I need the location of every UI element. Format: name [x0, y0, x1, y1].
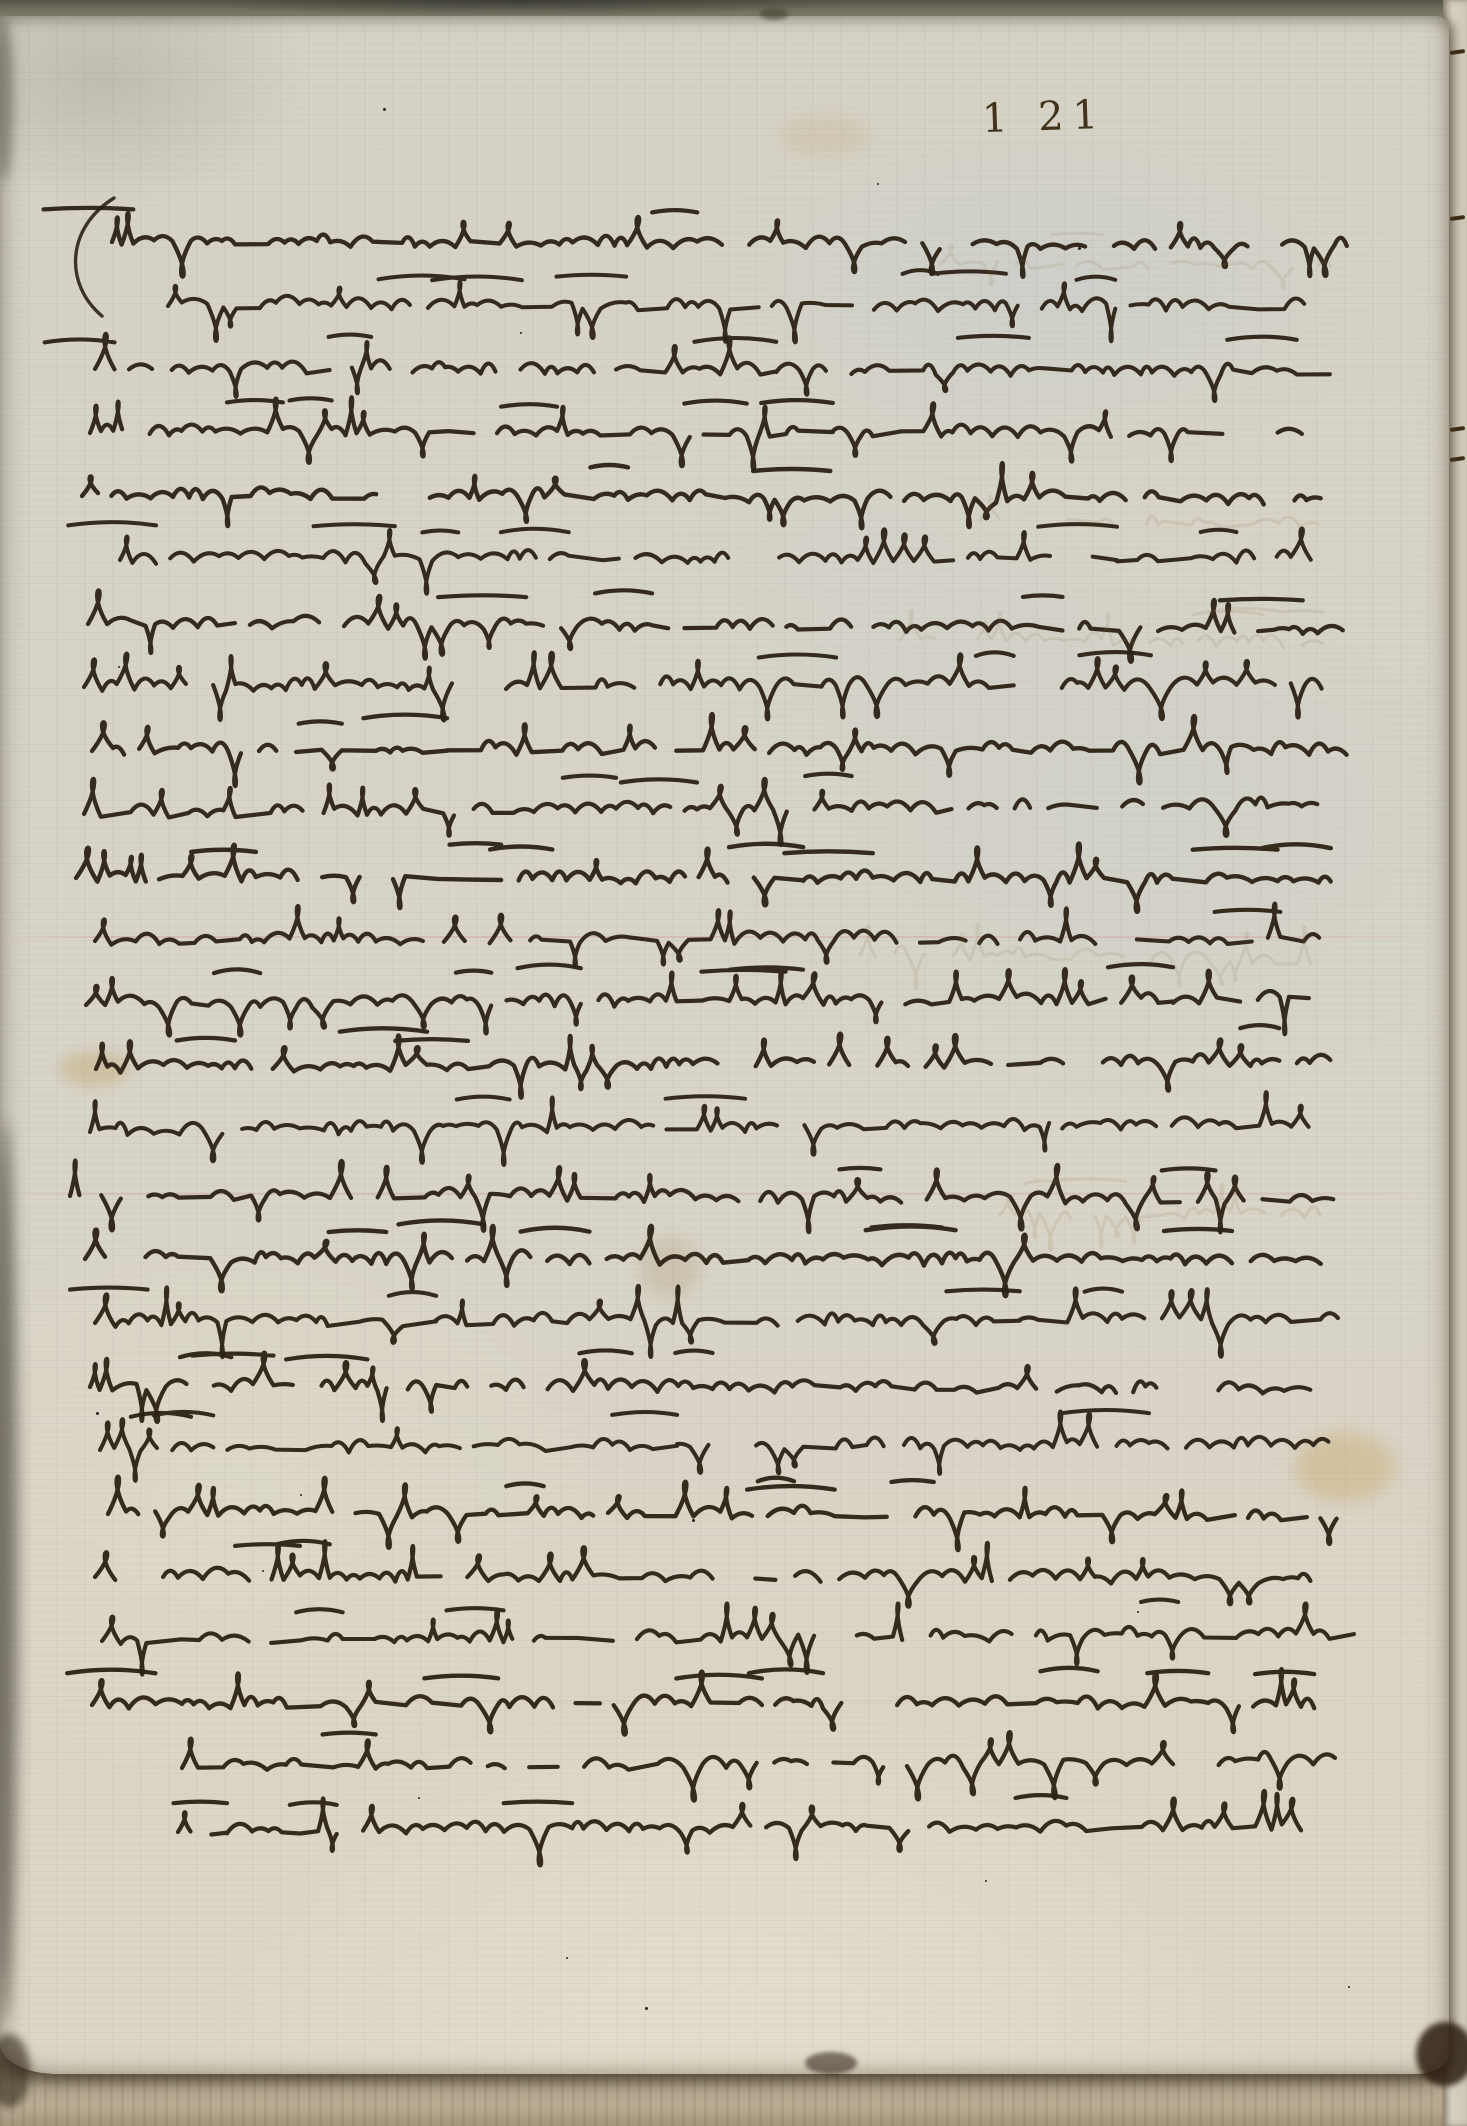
handwriting-line [92, 714, 1347, 786]
folio-number: 1 21 [981, 92, 1108, 142]
handwriting-line [182, 1732, 1335, 1801]
handwriting-line [84, 652, 1322, 720]
handwriting-line [100, 1410, 1328, 1481]
ink-bleedthrough-line [860, 924, 1311, 989]
handwriting-line [86, 964, 1309, 1035]
ink-speck [1137, 1611, 1139, 1613]
handwriting-line [70, 1161, 1333, 1233]
handwriting-line [90, 1092, 1327, 1165]
handwriting-line [174, 1791, 1327, 1865]
ink-bleedthrough-line [980, 496, 1342, 527]
ink-speck [118, 666, 120, 668]
ink-speck [692, 1519, 695, 1522]
handwriting-line [68, 522, 1311, 594]
handwriting-line [95, 1541, 1310, 1607]
handwriting-line [96, 1025, 1330, 1098]
handwriting-line [44, 208, 1347, 277]
handwriting-line [67, 1668, 1314, 1735]
ink-speck [262, 1570, 264, 1572]
ink-speck [566, 1957, 568, 1959]
handwriting-line [45, 334, 1330, 401]
ink-speck [1348, 1986, 1350, 1988]
ink-speck [96, 1412, 99, 1415]
ink-speck [877, 183, 879, 185]
handwriting-line [84, 774, 1317, 845]
handwriting-line [88, 590, 1343, 662]
ink-speck [520, 332, 522, 334]
scanned-manuscript: 1 21 [0, 0, 1467, 2126]
ink-speck [985, 1880, 987, 1882]
handwriting-line [82, 463, 1321, 528]
ink-speck [645, 2007, 648, 2010]
handwriting-line [168, 270, 1304, 342]
handwriting-text [0, 0, 1467, 2126]
handwriting-line [70, 1286, 1338, 1357]
ink-speck [418, 1797, 420, 1799]
opening-paren-flourish [76, 198, 114, 316]
ink-speck [383, 108, 386, 111]
ink-speck [300, 1494, 302, 1496]
handwriting-line [102, 1600, 1354, 1675]
handwriting-line [76, 843, 1331, 912]
handwriting-line [108, 1477, 1337, 1550]
handwriting-line [90, 397, 1351, 469]
ink-speck [1078, 247, 1081, 250]
